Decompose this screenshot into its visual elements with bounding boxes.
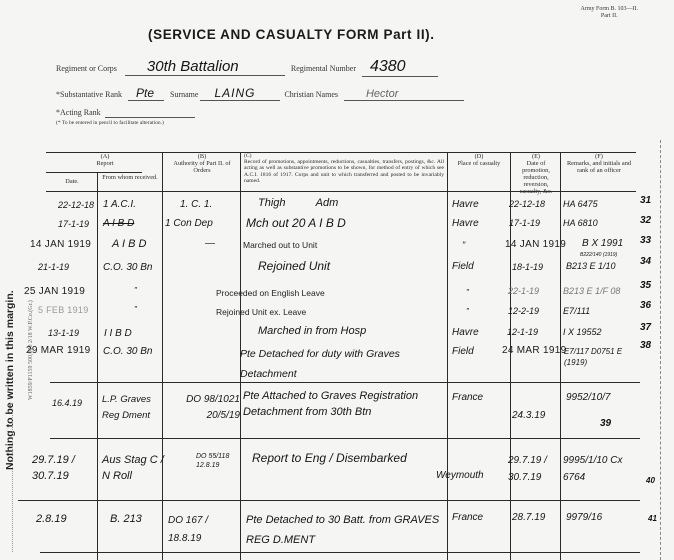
row-date-stamp: 29 MAR 1919	[26, 345, 90, 356]
row-remarks: HA 6810	[563, 218, 598, 228]
row-date: 29.7.19 / 30.7.19	[32, 452, 96, 484]
row-date: 13-1-19	[48, 328, 79, 338]
rank-label: *Substantative Rank	[56, 90, 122, 99]
row-authority: 1. C. 1.	[180, 199, 212, 210]
row-place: Field	[452, 346, 474, 357]
row-event-date-stamp: 14 JAN 1919	[505, 239, 566, 250]
row-sequence-number: 31	[640, 195, 651, 206]
header-d-place: (D) Place of casualty	[449, 153, 509, 167]
rank-row: *Substantative Rank Pte Surname LAING Ch…	[56, 86, 464, 101]
col-divider-date	[97, 172, 98, 560]
row-event-date-stamp: 24 MAR 1919	[502, 345, 566, 356]
row-event-date: 28.7.19	[512, 512, 545, 523]
row-from: C.O. 30 Bn	[103, 346, 152, 357]
row-event-date: 22-1-19	[508, 286, 539, 296]
col-divider-d	[510, 152, 511, 560]
row-from: Aus Stag C / N Roll	[102, 452, 172, 484]
row-sequence-number: 32	[640, 215, 651, 226]
row-remarks: 9995/1/10 Cx 6764	[563, 452, 635, 486]
row-record: Marched out to Unit	[243, 240, 317, 250]
row-from: "	[134, 305, 137, 314]
row-event-date: 22-12-18	[509, 199, 545, 209]
row-record: Mch out 20 A I B D	[246, 216, 346, 230]
row-record: Marched in from Hosp	[258, 325, 366, 337]
row-event-date: 12-2-19	[508, 306, 539, 316]
form-number: Army Form B. 103—II.	[581, 6, 639, 13]
row-sequence-number: 37	[640, 322, 651, 333]
col-divider-c	[447, 152, 448, 560]
row-from: C.O. 30 Bn	[103, 262, 152, 273]
acting-rank-row: *Acting Rank	[56, 108, 195, 118]
row-record: Report to Eng / Disembarked	[252, 450, 432, 467]
row-record: Pte Detached to 30 Batt. from GRAVES REG…	[246, 510, 444, 550]
surname-label: Surname	[170, 90, 198, 99]
row-from: A I B D	[103, 218, 134, 229]
row-authority: 1 Con Dep	[165, 218, 213, 229]
right-edge-perforation	[660, 140, 662, 560]
row-rule-3	[18, 500, 640, 501]
christian-names-value: Hector	[366, 88, 398, 100]
regiment-field: 30th Battalion	[125, 58, 285, 76]
pencil-note: (* To be entered in pencil to facilitate…	[56, 120, 164, 126]
row-from: L.P. Graves Reg Dment	[102, 392, 160, 424]
row-place: Field	[452, 261, 474, 272]
margin-perforation	[12, 412, 14, 552]
row-from: I I B D	[104, 328, 132, 339]
row-remarks: B X 1991	[582, 238, 623, 249]
row-record: Proceeded on English Leave	[216, 288, 325, 298]
row-place: Havre	[452, 327, 479, 338]
row-remarks: E7/111	[563, 306, 590, 316]
row-remarks: 9952/10/7	[566, 392, 611, 403]
row-from: 1 A.C.I.	[103, 199, 136, 210]
row-date: 16.4.19	[52, 398, 82, 408]
row-record: Rejoined Unit	[258, 259, 330, 273]
regimental-number-value: 4380	[370, 58, 406, 75]
row-authority: DO 55/118 12.8.19	[196, 452, 240, 470]
row-rule-2	[50, 438, 640, 439]
row-sequence-number: 34	[640, 256, 651, 267]
rank-field: Pte	[128, 86, 164, 101]
row-authority: DO 98/1021 20/5/19	[176, 392, 240, 424]
christian-names-label: Christian Names	[284, 90, 338, 99]
header-a-report: (A) Report	[48, 153, 162, 167]
army-form-number: Army Form B. 103—II. Part II.	[581, 6, 639, 20]
row-remarks-note: B222/140 (1919)	[580, 252, 617, 258]
a-group-rule	[46, 172, 142, 173]
row-sequence-number: 39	[600, 418, 611, 429]
row-remarks: 9979/16	[566, 512, 602, 523]
row-date: 2.8.19	[36, 513, 67, 525]
row-place: "	[466, 307, 469, 316]
row-remarks: E7/117 D0751 E (1919)	[564, 346, 636, 368]
row-event-date: 18-1-19	[512, 262, 543, 272]
row-place: Havre	[452, 199, 479, 210]
row-date: 22-12-18	[58, 200, 94, 210]
surname-value: LAING	[214, 86, 255, 100]
row-from: A I B D	[112, 238, 146, 250]
row-record: Rejoined Unit ex. Leave	[216, 307, 306, 317]
row-place: "	[462, 240, 465, 250]
row-place: France	[452, 512, 483, 523]
surname-field: LAING	[200, 86, 280, 101]
row-date: 21-1-19	[38, 262, 69, 272]
acting-rank-field	[105, 108, 195, 118]
row-remarks: B213 E 1/10	[566, 261, 616, 271]
row-from: "	[134, 286, 137, 295]
service-casualty-form: Army Form B. 103—II. Part II. (SERVICE A…	[0, 0, 674, 560]
row-sequence-number: 35	[640, 280, 651, 291]
row-sequence-number: 36	[640, 300, 651, 311]
regimental-number-field: 4380	[362, 58, 438, 77]
regiment-label: Regiment or Corps	[56, 64, 117, 73]
regiment-row: Regiment or Corps 30th Battalion Regimen…	[56, 58, 438, 77]
row-date: 17-1-19	[58, 219, 89, 229]
header-c-record: (C) Record of promotions, appointments, …	[244, 153, 444, 184]
row-sequence-number: 41	[648, 514, 657, 523]
rank-value: Pte	[136, 86, 154, 100]
row-place: "	[466, 288, 469, 297]
row-remarks: I X 19552	[563, 327, 602, 337]
row-event-date: 12-1-19	[507, 327, 538, 337]
form-title: (SERVICE AND CASUALTY FORM Part II).	[148, 27, 435, 42]
row-record: Pte Detached for duty with Graves Detach…	[240, 344, 446, 384]
row-record: Pte Attached to Graves Registration Deta…	[243, 388, 445, 420]
col-divider-e	[560, 152, 561, 560]
row-rule-4	[40, 552, 640, 553]
acting-rank-label: *Acting Rank	[56, 108, 101, 117]
row-place: Havre	[452, 218, 479, 229]
form-part: Part II.	[581, 13, 639, 20]
regimental-number-label: Regimental Number	[291, 64, 356, 73]
row-date-stamp: 5 FEB 1919	[38, 305, 89, 315]
row-event-date: 29.7.19 / 30.7.19	[508, 452, 560, 486]
row-authority: —	[205, 238, 215, 249]
row-place: Weymouth	[436, 470, 484, 481]
header-f-remarks: (F) Remarks, and initials and rank of an…	[563, 153, 635, 174]
row-remarks: HA 6475	[563, 199, 598, 209]
header-b-authority: (B) Authority of Part II. of Orders	[166, 153, 238, 174]
row-sequence-number: 33	[640, 235, 651, 246]
header-date: Date.	[48, 178, 96, 185]
row-date-stamp: 14 JAN 1919	[30, 239, 91, 250]
row-sequence-number: 38	[640, 340, 651, 351]
row-remarks: B213 E 1/F 08	[563, 286, 620, 296]
header-e-date: (E) Date of promotion, reduction, revers…	[512, 153, 560, 195]
regiment-value: 30th Battalion	[147, 58, 239, 75]
row-place: France	[452, 392, 483, 403]
row-authority: DO 167 / 18.8.19	[168, 512, 238, 548]
margin-notice: Nothing to be written in this margin.	[4, 290, 16, 470]
row-event-date: 24.3.19	[512, 410, 545, 421]
row-record: Thigh Adm	[258, 197, 338, 209]
row-sequence-number: 40	[646, 476, 655, 485]
row-event-date: 17-1-19	[509, 218, 540, 228]
col-divider-a	[162, 152, 163, 560]
header-from-whom: From whom received.	[100, 174, 160, 181]
row-from: B. 213	[110, 513, 142, 525]
row-date-stamp: 25 JAN 1919	[24, 286, 85, 297]
christian-names-field: Hector	[344, 88, 464, 101]
